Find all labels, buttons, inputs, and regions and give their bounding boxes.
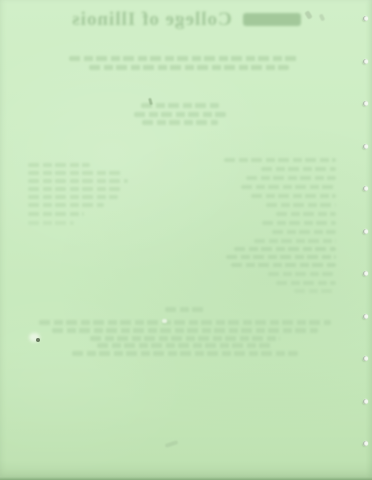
punch-hole: [363, 101, 368, 106]
dark-speck: [36, 338, 40, 342]
right-column-bleed-line: [224, 158, 336, 162]
light-speck: [162, 319, 167, 323]
left-column-bleed-line: [28, 171, 123, 175]
right-column-bleed-line: [294, 289, 336, 293]
right-column-bleed-line: [226, 255, 336, 259]
right-column-bleed-line: [262, 221, 336, 225]
subtitle-bleed-line: [69, 56, 299, 61]
right-column-bleed-line: [234, 247, 336, 251]
punch-hole: [363, 16, 368, 21]
center-address-bleed-line: [142, 120, 218, 125]
letterhead-title-text: College of Illinois: [71, 9, 231, 30]
punch-hole: [363, 229, 368, 234]
punch-hole: [363, 59, 368, 64]
left-column-bleed-line: [28, 179, 128, 183]
footer-heading-bleed-line: [165, 307, 207, 312]
right-column-bleed-line: [254, 239, 336, 243]
footer-paragraph-bleed-line: [39, 320, 331, 325]
right-column-bleed-line: [276, 281, 336, 285]
right-column-bleed-line: [251, 194, 336, 198]
punch-hole: [363, 314, 368, 319]
footer-paragraph-bleed-line: [52, 328, 318, 333]
punch-hole: [363, 186, 368, 191]
punch-hole: [363, 356, 368, 361]
right-column-bleed-line: [246, 176, 336, 180]
right-column-bleed-line: [231, 263, 336, 267]
left-column-bleed-line: [28, 212, 84, 216]
left-column-bleed-line: [28, 221, 74, 225]
punch-hole: [363, 144, 368, 149]
left-column-bleed-line: [28, 163, 90, 167]
right-column-bleed-line: [268, 272, 336, 276]
mirrored-letterhead-title: College of Illinois: [0, 9, 372, 31]
footer-paragraph-bleed-line: [72, 351, 298, 356]
footer-paragraph-bleed-line: [97, 343, 273, 348]
left-column-bleed-line: [28, 195, 118, 199]
footer-paragraph-bleed-line: [90, 336, 280, 341]
right-column-bleed-line: [261, 167, 336, 171]
punch-hole: [363, 271, 368, 276]
right-column-bleed-line: [276, 212, 336, 216]
left-column-bleed-line: [28, 203, 104, 207]
punch-hole: [363, 441, 368, 446]
subtitle-bleed-line: [89, 65, 289, 70]
center-address-bleed-line: [134, 112, 226, 117]
right-column-bleed-line: [266, 203, 336, 207]
punch-hole: [363, 399, 368, 404]
scanned-page: College of Illinois: [0, 0, 372, 480]
right-column-bleed-line: [241, 185, 336, 189]
illegible-word-blob: [243, 13, 301, 26]
right-column-bleed-line: [272, 230, 336, 234]
left-column-bleed-line: [28, 187, 123, 191]
